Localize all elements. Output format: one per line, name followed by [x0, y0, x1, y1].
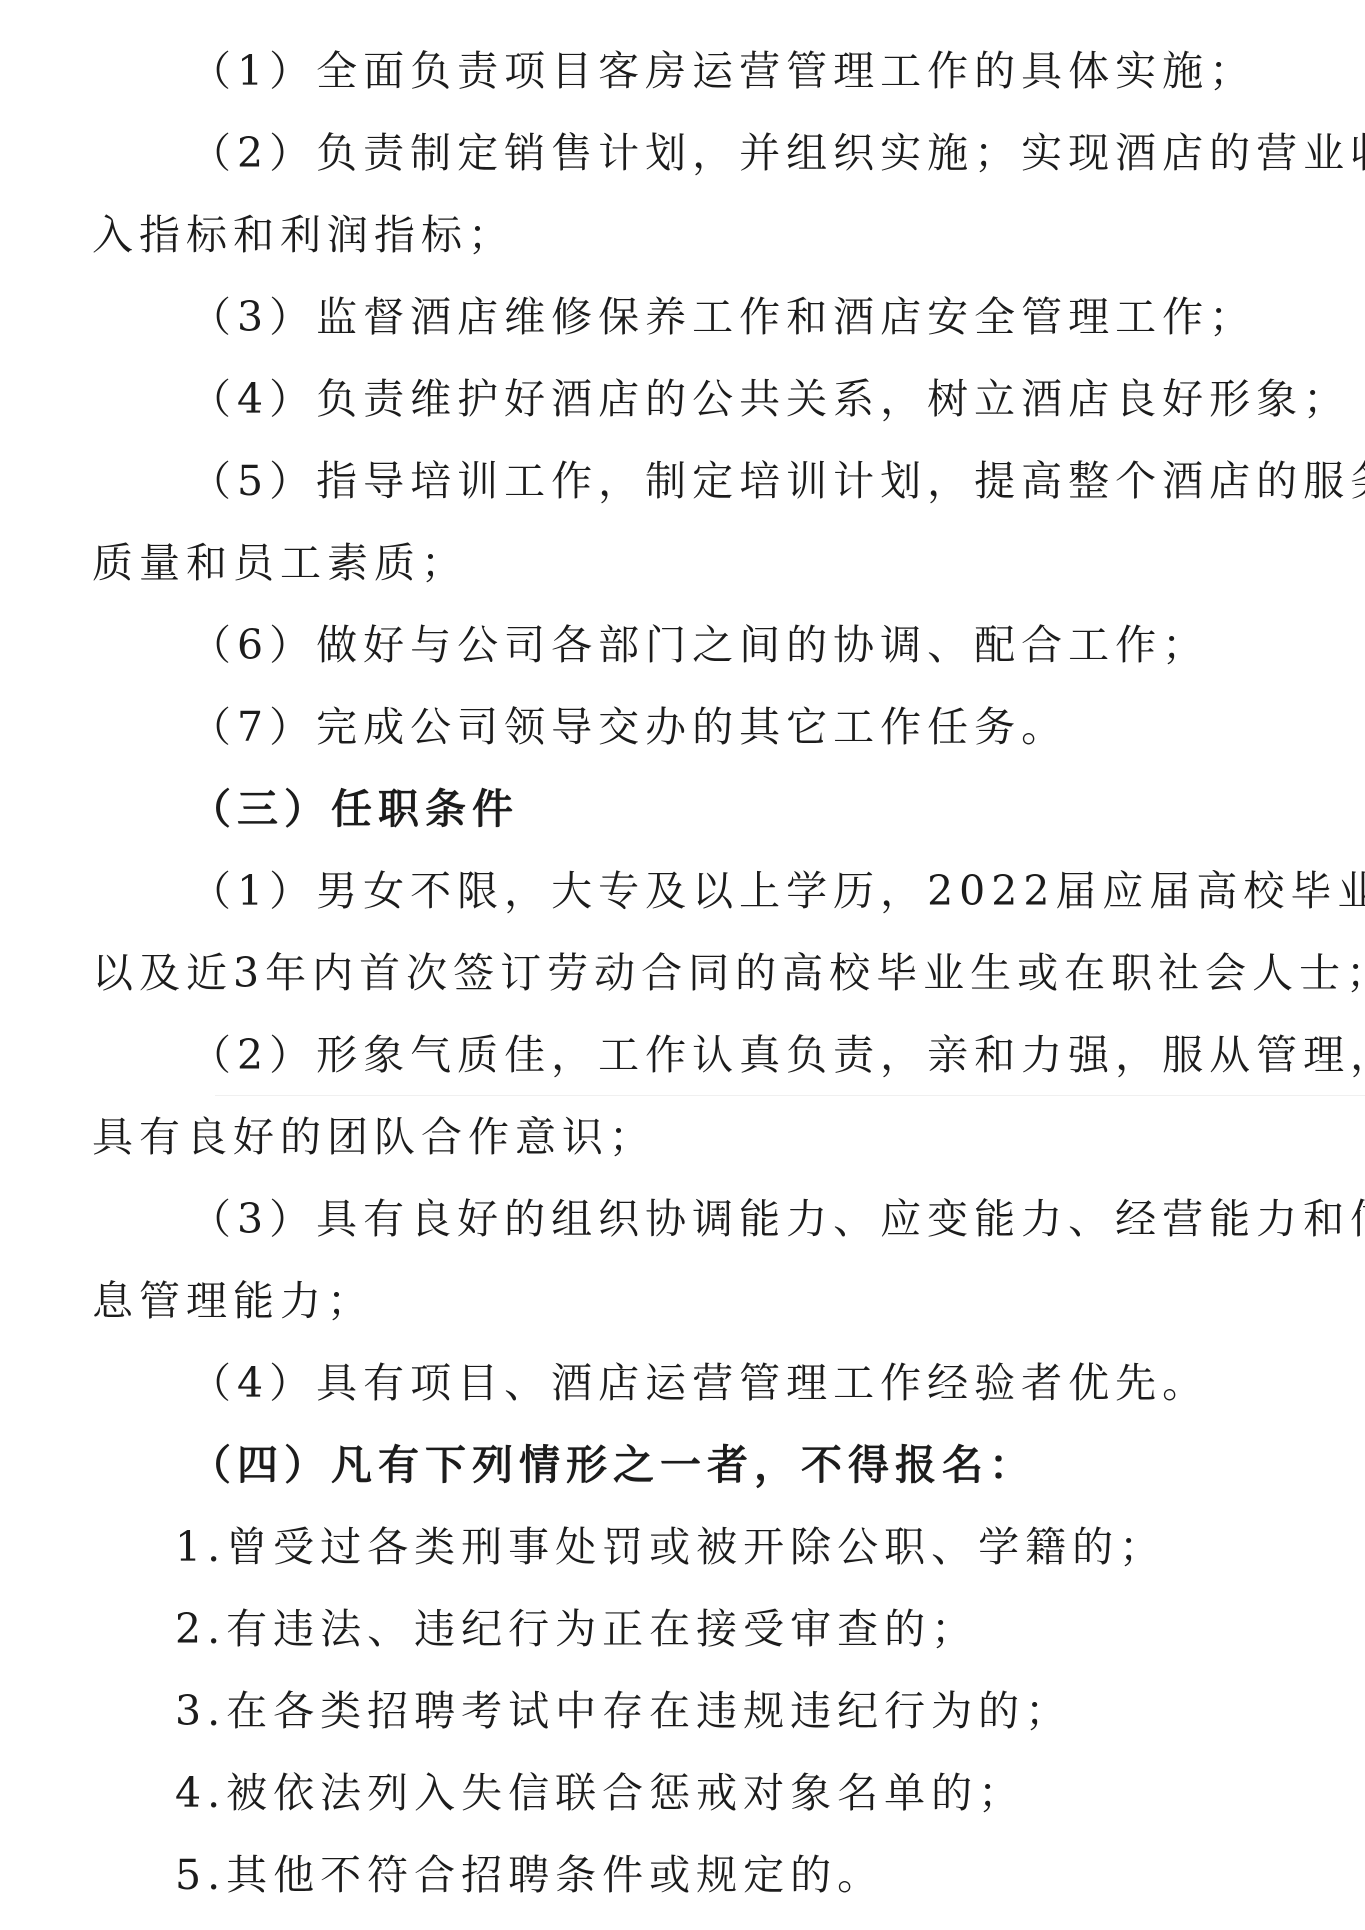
- paragraph-line: （6）做好与公司各部门之间的协调、配合工作；: [190, 620, 1209, 670]
- paragraph-line: 入指标和利润指标；: [92, 210, 515, 260]
- paragraph-line: （3）监督酒店维修保养工作和酒店安全管理工作；: [190, 292, 1256, 342]
- section-heading: （四）凡有下列情形之一者，不得报名：: [190, 1440, 1036, 1490]
- document-page: （1）全面负责项目客房运营管理工作的具体实施；（2）负责制定销售计划，并组织实施…: [0, 0, 1365, 1930]
- paragraph-line: （2）负责制定销售计划，并组织实施；实现酒店的营业收: [190, 128, 1365, 178]
- paragraph-line: （3）具有良好的组织协调能力、应变能力、经营能力和信: [190, 1194, 1365, 1244]
- scan-artifact-rule: [215, 1095, 1365, 1096]
- paragraph-line: （2）形象气质佳，工作认真负责，亲和力强，服从管理，: [190, 1030, 1365, 1080]
- paragraph-line: 2.有违法、违纪行为正在接受审查的；: [175, 1604, 978, 1654]
- paragraph-line: （1）全面负责项目客房运营管理工作的具体实施；: [190, 46, 1256, 96]
- paragraph-line: 3.在各类招聘考试中存在违规违纪行为的；: [175, 1686, 1072, 1736]
- paragraph-line: 质量和员工素质；: [92, 538, 468, 588]
- paragraph-line: 息管理能力；: [92, 1276, 374, 1326]
- paragraph-line: （5）指导培训工作，制定培训计划，提高整个酒店的服务: [190, 456, 1365, 506]
- paragraph-line: （4）负责维护好酒店的公共关系，树立酒店良好形象；: [190, 374, 1350, 424]
- section-heading: （三）任职条件: [190, 784, 519, 834]
- paragraph-line: 具有良好的团队合作意识；: [92, 1112, 656, 1162]
- paragraph-line: 4.被依法列入失信联合惩戒对象名单的；: [175, 1768, 1025, 1818]
- paragraph-line: （1）男女不限，大专及以上学历，2022届应届高校毕业生: [190, 866, 1365, 916]
- paragraph-line: 1.曾受过各类刑事处罚或被开除公职、学籍的；: [175, 1522, 1166, 1572]
- paragraph-line: 5.其他不符合招聘条件或规定的。: [175, 1850, 884, 1900]
- paragraph-line: （4）具有项目、酒店运营管理工作经验者优先。: [190, 1358, 1209, 1408]
- paragraph-line: （7）完成公司领导交办的其它工作任务。: [190, 702, 1068, 752]
- paragraph-line: 以及近3年内首次签订劳动合同的高校毕业生或在职社会人士；: [92, 948, 1365, 998]
